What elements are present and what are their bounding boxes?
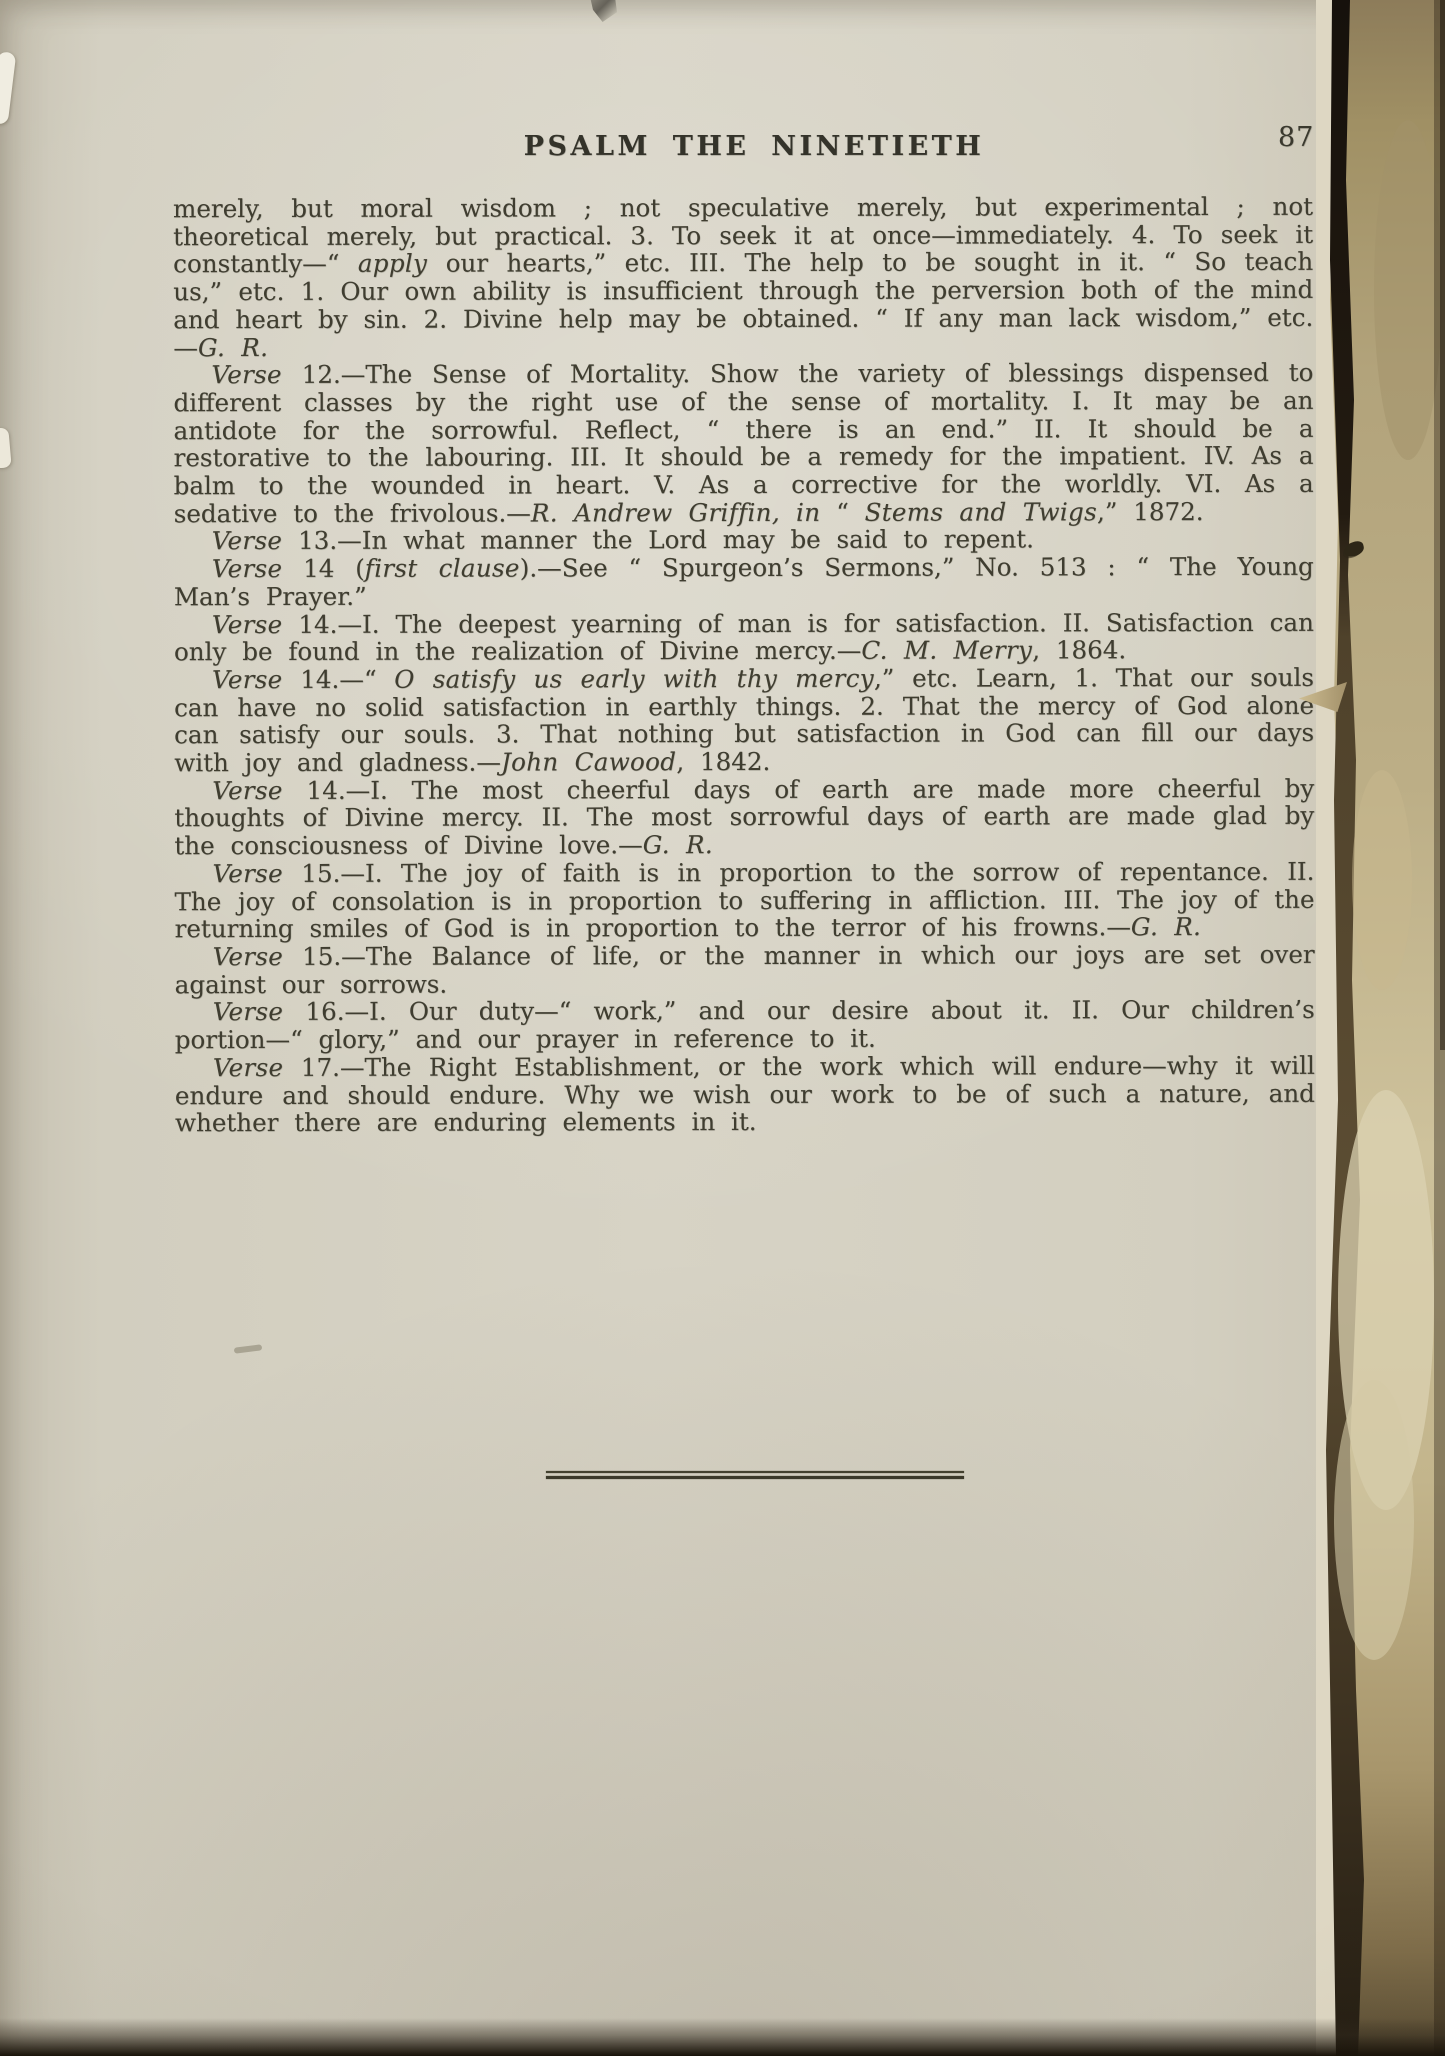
paragraph: Verse 17.—The Right Establishment, or th… (175, 1052, 1315, 1137)
paragraph: merely, but moral wisdom ; not speculati… (173, 193, 1313, 362)
paragraph: Verse 14 (first clause).—See “ Spurgeon’… (174, 553, 1314, 611)
paragraph: Verse 14.—I. The most cheerful days of e… (174, 775, 1314, 860)
left-edge-tear (0, 427, 12, 468)
faint-smudge (234, 1344, 263, 1353)
paragraph: Verse 15.—The Balance of life, or the ma… (175, 941, 1315, 999)
divider-rule-bottom (546, 1476, 964, 1479)
scanned-book-page: PSALM THE NINETIETH 87 merely, but moral… (0, 0, 1445, 2056)
paragraph: Verse 14.—“ O satisfy us early with thy … (174, 664, 1314, 777)
page-body: merely, but moral wisdom ; not speculati… (173, 193, 1315, 1137)
page-number: 87 (1278, 122, 1314, 153)
page-curl-mark (585, 0, 617, 22)
paragraph: Verse 13.—In what manner the Lord may be… (174, 525, 1314, 555)
paragraph: Verse 12.—The Sense of Mortality. Show t… (173, 359, 1313, 528)
divider-rule-top (546, 1471, 964, 1473)
torn-page-edge (1316, 0, 1445, 2056)
paragraph: Verse 14.—I. The deepest yearning of man… (174, 608, 1314, 666)
paragraph: Verse 15.—I. The joy of faith is in prop… (174, 858, 1314, 943)
section-divider (546, 1471, 964, 1479)
paragraph: Verse 16.—I. Our duty—“ work,” and our d… (175, 996, 1315, 1054)
page-title: PSALM THE NINETIETH (174, 130, 1334, 164)
left-edge-tear (0, 51, 16, 125)
scan-bottom-shadow (0, 2018, 1445, 2056)
